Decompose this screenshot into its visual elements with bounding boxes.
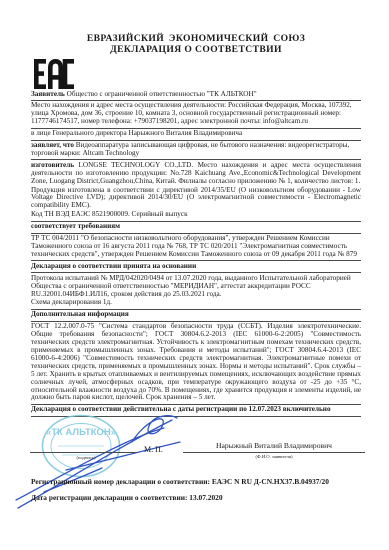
applicant-section: Заявитель Общество с ограниченной ответс…	[31, 89, 361, 101]
signature-line	[30, 452, 138, 453]
signer-name: Нарыжный Виталий Владимирович	[183, 440, 365, 453]
basis-heading-section: Декларация о соответствии принята на осн…	[31, 261, 361, 273]
production-text: Продукция изготовлена в соответствии с д…	[31, 186, 361, 210]
applicant-address: Место нахождения и адрес места осуществл…	[31, 101, 352, 125]
scheme-line: Схема декларирования 1д.	[31, 299, 361, 307]
in-person-section: в лице Генерального директора Нарыжного …	[31, 129, 361, 141]
additional-heading-section: Дополнительная информация	[31, 310, 361, 322]
conforms-text: ТР ТС 004/2011 "О безопасности низковоль…	[31, 234, 357, 258]
additional-heading: Дополнительная информация	[31, 310, 129, 318]
signer-caption: (Ф.И.О. заявителя)	[183, 454, 365, 459]
document-content: ЕВРАЗИЙСКИЙ ЭКОНОМИЧЕСКИЙ СОЮЗ ДЕКЛАРАЦИ…	[31, 0, 361, 417]
basis-section: Протокола испытаний № МРД/042020/0494 от…	[31, 273, 361, 310]
manufacturer-section: изготовитель LONGSE TECHNOLOGY CO.,LTD. …	[31, 160, 361, 221]
applicant-address-section: Место нахождения и адрес места осуществл…	[31, 101, 361, 129]
title-union: ЕВРАЗИЙСКИЙ ЭКОНОМИЧЕСКИЙ СОЮЗ	[31, 33, 361, 44]
production-paragraph: Продукция изготовлена в соответствии с д…	[31, 187, 361, 211]
conforms-heading: соответствует требованиям	[31, 222, 120, 230]
basis-text-paragraph: Протокола испытаний № МРД/042020/0494 от…	[31, 275, 361, 299]
manufacturer-text: LONGSE TECHNOLOGY CO.,LTD. Место нахожде…	[31, 161, 361, 185]
declaration-document: ЕВРАЗИЙСКИЙ ЭКОНОМИЧЕСКИЙ СОЮЗ ДЕКЛАРАЦИ…	[0, 0, 389, 550]
in-person-text: в лице Генерального директора Нарыжного …	[31, 129, 242, 137]
applicant-value: Общество с ограниченной ответственностью…	[67, 90, 257, 98]
declares-label: заявляет, что	[31, 141, 74, 149]
tnved-code-line: Код ТН ВЭД ЕАЭС 8521900009. Серийный вып…	[31, 211, 361, 219]
basis-heading: Декларация о соответствии принята на осн…	[31, 262, 196, 270]
scheme-text: Схема декларирования 1д.	[31, 298, 112, 306]
title-declaration: ДЕКЛАРАЦИЯ О СООТВЕТСТВИИ	[31, 44, 361, 55]
declares-text: Видеоаппаратура записывающая цифровая, н…	[31, 141, 349, 157]
signer-block: Нарыжный Виталий Владимирович (Ф.И.О. за…	[183, 440, 365, 459]
registration-date-line: Дата регистрации декларации о соответств…	[31, 493, 371, 502]
tnved-code-text: Код ТН ВЭД ЕАЭС 8521900009. Серийный вып…	[31, 210, 188, 218]
signature-caption: (подпись)	[46, 455, 126, 460]
registration-number-line: Регистрационный номер декларации о соотв…	[31, 477, 371, 486]
document-header: ЕВРАЗИЙСКИЙ ЭКОНОМИЧЕСКИЙ СОЮЗ ДЕКЛАРАЦИ…	[31, 33, 361, 55]
applicant-label: Заявитель	[31, 90, 65, 98]
manufacturer-paragraph: изготовитель LONGSE TECHNOLOGY CO.,LTD. …	[31, 162, 361, 186]
additional-text-section: ГОСТ 12.2.007.0-75 "Система стандартов б…	[31, 322, 361, 405]
stamp-place-label: М. П.	[144, 445, 163, 454]
basis-text: Протокола испытаний № МРД/042020/0494 от…	[31, 274, 351, 298]
additional-text: ГОСТ 12.2.007.0-75 "Система стандартов б…	[31, 322, 361, 401]
conforms-heading-section: соответствует требованиям	[31, 222, 361, 234]
declares-section: заявляет, что Видеоаппаратура записывающ…	[31, 141, 361, 161]
conforms-text-section: ТР ТС 004/2011 "О безопасности низковоль…	[31, 234, 361, 262]
eac-mark-icon	[34, 59, 361, 89]
manufacturer-label: изготовитель	[31, 161, 74, 169]
